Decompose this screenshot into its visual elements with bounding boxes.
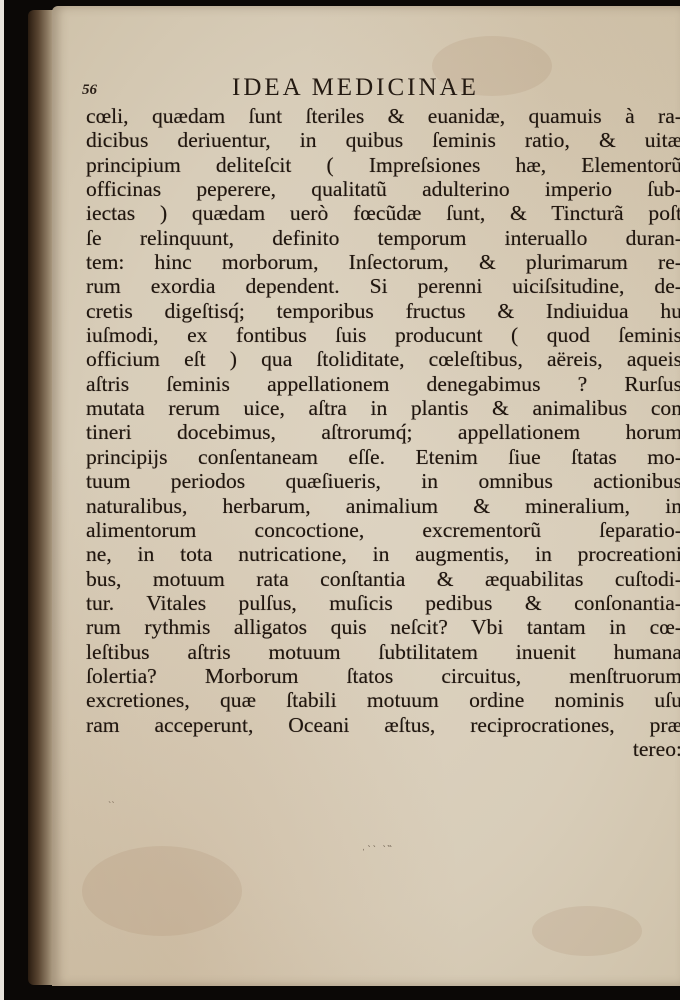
text-line: tineri docebimus, aſtrorumq́; appellatio… bbox=[86, 420, 680, 444]
running-head: 56 IDEA MEDICINAE bbox=[82, 74, 622, 102]
text-line: tuum periodos quæſiueris, in omnibus act… bbox=[86, 469, 680, 493]
text-line: alimentorum concoctione, excrementorũ ſe… bbox=[86, 518, 680, 542]
text-line: ne, in tota nutricatione, in augmentis, … bbox=[86, 542, 680, 566]
text-line: ſe relinquunt, definito temporum interua… bbox=[86, 226, 680, 250]
text-line: bus, motuum rata conſtantia & æquabilita… bbox=[86, 567, 680, 591]
text-line: cretis digeſtisq́; temporibus fructus & … bbox=[86, 299, 680, 323]
text-line: officium eſt ) qua ſtoliditate, cœleſtib… bbox=[86, 347, 680, 371]
text-line: dicibus deriuentur, in quibus ſeminis ra… bbox=[86, 128, 680, 152]
text-line: excretiones, quæ ſtabili motuum ordine n… bbox=[86, 688, 680, 712]
book-spine-edge bbox=[28, 10, 54, 985]
running-head-title: IDEA MEDICINAE bbox=[232, 74, 479, 102]
text-line: tem: hinc morborum, Inſectorum, & plurim… bbox=[86, 250, 680, 274]
text-line: ram acceperunt, Oceani æſtus, reciprocra… bbox=[86, 713, 680, 737]
paper-stain bbox=[82, 846, 242, 936]
text-line: aſtris ſeminis appellationem denegabimus… bbox=[86, 372, 680, 396]
text-line: iectas ) quædam uerò fœcũdæ ſunt, & Tinc… bbox=[86, 201, 680, 225]
text-line: tur. Vitales pulſus, muſicis pedibus & c… bbox=[86, 591, 680, 615]
text-line: ſolertia? Morborum ſtatos circuitus, men… bbox=[86, 664, 680, 688]
text-line: officinas peperere, qualitatũ adulterino… bbox=[86, 177, 680, 201]
text-line: cœli, quædam ſunt ſteriles & euanidæ, qu… bbox=[86, 104, 680, 128]
body-text: cœli, quædam ſunt ſteriles & euanidæ, qu… bbox=[86, 104, 680, 761]
text-line: mutata rerum uice, aſtra in plantis & an… bbox=[86, 396, 680, 420]
catchword: tereo: bbox=[86, 737, 680, 761]
bottom-ink-marks: ˌ˴˴ ˴˵ bbox=[362, 840, 393, 851]
scanned-page-view: 56 IDEA MEDICINAE cœli, quædam ſunt ſter… bbox=[0, 0, 680, 1000]
page-number: 56 bbox=[82, 82, 97, 99]
text-line: rum rythmis alligatos quis neſcit? Vbi t… bbox=[86, 615, 680, 639]
text-line: principium deliteſcit ( Impreſsiones hæ,… bbox=[86, 153, 680, 177]
text-line: iuſmodi, ex fontibus ſuis producunt ( qu… bbox=[86, 323, 680, 347]
text-line: leſtibus aſtris motuum ſubtilitatem inue… bbox=[86, 640, 680, 664]
scan-edge-strip bbox=[0, 0, 4, 1000]
text-line: principijs conſentaneam eſſe. Etenim ſiu… bbox=[86, 445, 680, 469]
paper-stain bbox=[532, 906, 642, 956]
margin-ink-mark: ˴˴ bbox=[108, 796, 115, 807]
text-line: naturalibus, herbarum, animalium & miner… bbox=[86, 494, 680, 518]
text-line: rum exordia dependent. Si perenni uiciſs… bbox=[86, 274, 680, 298]
